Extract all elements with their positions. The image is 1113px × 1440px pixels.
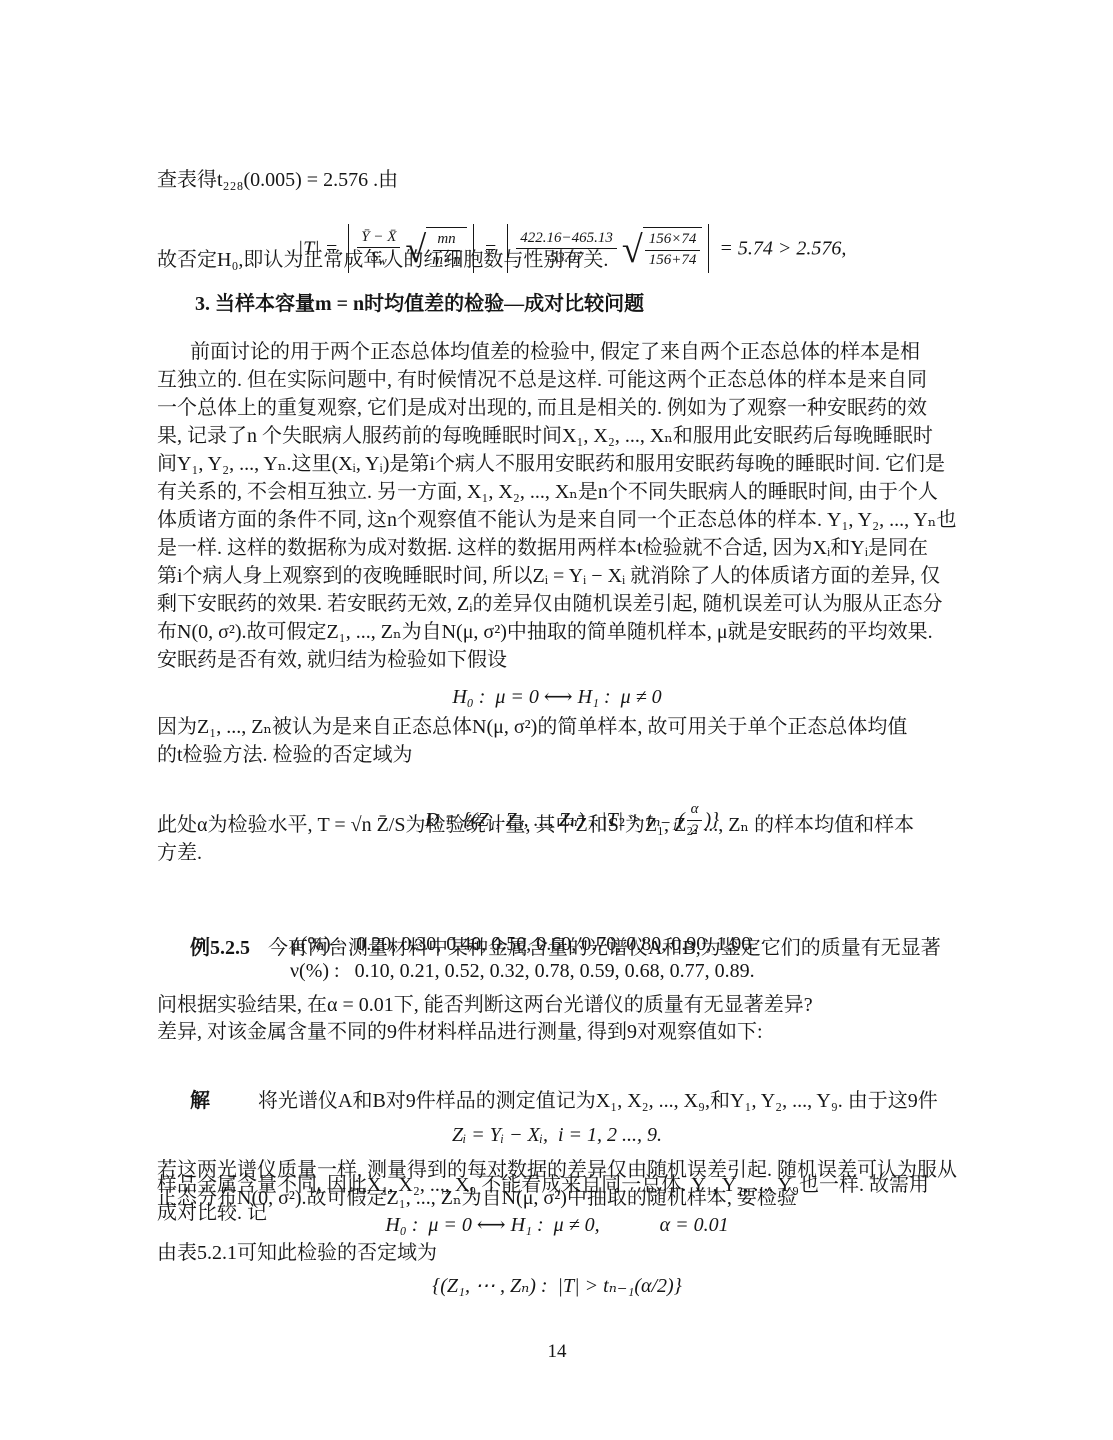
text-line: 第i个病人身上观察到的夜晚睡眠时间, 所以Zᵢ = Yᵢ − Xᵢ 就消除了人的… xyxy=(157,562,957,590)
text-line: 若这两光谱仪质量一样, 测量得到的每对数据的差异仅由随机误差引起. 随机误差可认… xyxy=(157,1156,957,1184)
final-region-formula: {(Z₁, ⋯ , Zₙ) : |T| > tₙ₋₁(α/2)} xyxy=(157,1272,957,1300)
text-line: 间Y₁, Y₂, ..., Yₙ.这里(Xᵢ, Yᵢ)是第i个病人不服用安眠药和… xyxy=(157,450,957,478)
text-line: 互独立的. 但在实际问题中, 有时候情况不总是这样. 可能这两个正态总体的样本是… xyxy=(157,366,957,394)
text-line: 剩下安眠药的效果. 若安眠药无效, Zᵢ的差异仅由随机误差引起, 随机误差可认为… xyxy=(157,590,957,618)
mu-data-row: μ(%) : 0.20, 0.30, 0.40, 0.50, 0.60, 0.7… xyxy=(290,931,1090,958)
solution-intro-text: 将光谱仪A和B对9件样品的测定值记为X₁, X₂, ..., X₉,和Y₁, Y… xyxy=(258,1090,938,1112)
nu-data-row: ν(%) : 0.10, 0.21, 0.52, 0.32, 0.78, 0.5… xyxy=(290,958,1090,985)
paragraph-random-error: 若这两光谱仪质量一样, 测量得到的每对数据的差异仅由随机误差引起. 随机误差可认… xyxy=(157,1156,957,1212)
page-content: 查表得t₂₂₈(0.005) = 2.576 .由 |T| = Ȳ − X̄S… xyxy=(157,0,957,1440)
text-line: 果, 记录了n 个失眠病人服药前的每晚睡眠时间X₁, X₂, ..., Xₙ和服… xyxy=(157,422,957,450)
table-reference-line: 由表5.2.1可知此检验的否定域为 xyxy=(157,1239,957,1267)
solution-label: 解 xyxy=(190,1090,210,1112)
text-line: 正态分布N(0, σ²).故可假定Z₁, ..., Zₙ为自N(μ, σ²)中抽… xyxy=(157,1184,957,1212)
lookup-line: 查表得t₂₂₈(0.005) = 2.576 .由 xyxy=(157,166,957,194)
text-line: 此处α为检验水平, T = √n Z̄/S为检验统计量, 其中Z̄和S²为Z₁,… xyxy=(157,811,957,839)
text-line: 方差. xyxy=(157,839,957,867)
page-number: 14 xyxy=(157,1341,957,1363)
paragraph-t-test: 因为Z₁, ..., Zₙ被认为是来自正态总体N(μ, σ²)的简单样本, 故可… xyxy=(157,713,957,769)
text-line: 是一样. 这样的数据称为成对数据. 这样的数据用两样本t检验就不合适, 因为Xᵢ… xyxy=(157,534,957,562)
observation-data: μ(%) : 0.20, 0.30, 0.40, 0.50, 0.60, 0.7… xyxy=(157,931,1090,985)
section-heading: 3. 当样本容量m = n时均值差的检验—成对比较问题 xyxy=(157,290,957,318)
solution-first-line: 解将光谱仪A和B对9件样品的测定值记为X₁, X₂, ..., X₉,和Y₁, … xyxy=(157,1087,957,1115)
text-line: 因为Z₁, ..., Zₙ被认为是来自正态总体N(μ, σ²)的简单样本, 故可… xyxy=(157,713,957,741)
paragraph-statistic: 此处α为检验水平, T = √n Z̄/S为检验统计量, 其中Z̄和S²为Z₁,… xyxy=(157,811,957,867)
text-line: 前面讨论的用于两个正态总体均值差的检验中, 假定了来自两个正态总体的样本是相 xyxy=(157,338,957,366)
text-line: 有关系的, 不会相互独立. 另一方面, X₁, X₂, ..., Xₙ是n个不同… xyxy=(157,478,957,506)
text-line: 的t检验方法. 检验的否定域为 xyxy=(157,741,957,769)
text-line: 安眠药是否有效, 就归结为检验如下假设 xyxy=(157,646,957,674)
conclusion-line: 故否定H₀,即认为正常成年人的红细胞数与性别有关. xyxy=(157,246,957,274)
hypothesis2-display: H₀ : μ = 0 ⟷ H₁ : μ ≠ 0, α = 0.01 xyxy=(157,1211,957,1239)
document-page: 查表得t₂₂₈(0.005) = 2.576 .由 |T| = Ȳ − X̄S… xyxy=(0,0,1113,1440)
z-definition-formula: Zᵢ = Yᵢ − Xᵢ, i = 1, 2 ..., 9. xyxy=(157,1121,957,1149)
hypothesis-display: H₀ : μ = 0 ⟷ H₁ : μ ≠ 0 xyxy=(157,683,957,711)
text-line: 体质诸方面的条件不同, 这n个观察值不能认为是来自同一个正态总体的样本. Y₁,… xyxy=(157,506,957,534)
text-line: 一个总体上的重复观察, 它们是成对出现的, 而且是相关的. 例如为了观察一种安眠… xyxy=(157,394,957,422)
text-line: 布N(0, σ²).故可假定Z₁, ..., Zₙ为自N(μ, σ²)中抽取的简… xyxy=(157,618,957,646)
question-line: 问根据实验结果, 在α = 0.01下, 能否判断这两台光谱仪的质量有无显著差异… xyxy=(157,991,957,1019)
paragraph-intro: 前面讨论的用于两个正态总体均值差的检验中, 假定了来自两个正态总体的样本是相互独… xyxy=(157,338,957,674)
